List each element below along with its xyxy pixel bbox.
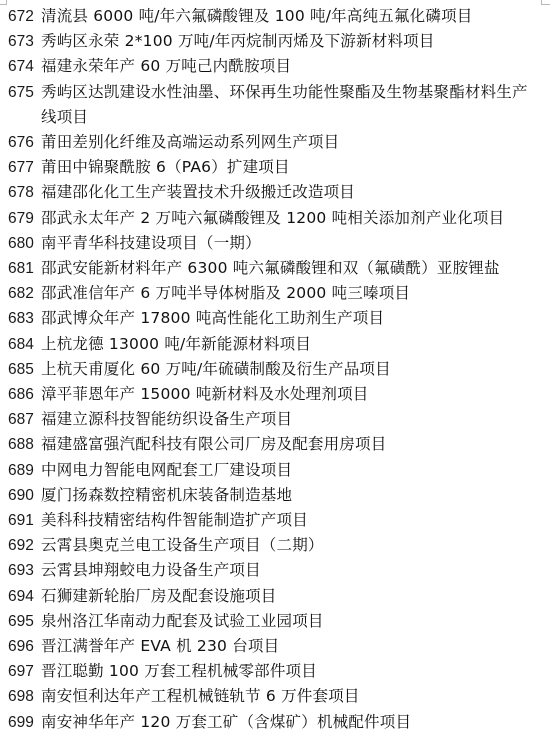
item-text: 云霄县坤翔蛟电力设备生产项目 — [41, 558, 541, 583]
list-item: 684上杭龙德 13000 吨/年新能源材料项目 — [8, 332, 548, 357]
list-item: 677莆田中锦聚酰胺 6（PA6）扩建项目 — [8, 155, 548, 180]
item-text: 邵武博众年产 17800 吨高性能化工助剂生产项目 — [41, 306, 541, 331]
list-item: 699南安神华年产 120 万套工矿（含煤矿）机械配件项目 — [8, 710, 548, 735]
list-item: 692云霄县奥克兰电工设备生产项目（二期） — [8, 533, 548, 558]
item-text: 云霄县奥克兰电工设备生产项目（二期） — [41, 533, 541, 558]
item-text: 福建邵化化工生产装置技术升级搬迁改造项目 — [41, 180, 541, 205]
item-number: 685 — [8, 357, 41, 382]
item-number: 696 — [8, 634, 41, 659]
project-list: 672清流县 6000 吨/年六氟磷酸锂及 100 吨/年高纯五氟化磷项目 67… — [8, 4, 548, 735]
list-item: 688福建盛富强汽配科技有限公司厂房及配套用房项目 — [8, 432, 548, 457]
item-text: 莆田差别化纤维及高端运动系列网生产项目 — [41, 130, 541, 155]
item-text: 邵武永太年产 2 万吨六氟磷酸锂及 1200 吨相关添加剂产业化项目 — [41, 206, 541, 231]
crop-mark-top-left — [0, 0, 7, 5]
item-number: 691 — [8, 508, 41, 533]
list-item: 686漳平菲恩年产 15000 吨新材料及水处理剂项目 — [8, 382, 548, 407]
list-item: 695泉州洛江华南动力配套及试验工业园项目 — [8, 609, 548, 634]
item-text: 南平青华科技建设项目（一期） — [41, 231, 541, 256]
item-number: 689 — [8, 458, 41, 483]
list-item: 689中网电力智能电网配套工厂建设项目 — [8, 458, 548, 483]
item-text: 上杭天甫厦化 60 万吨/年硫磺制酸及衍生产品项目 — [41, 357, 541, 382]
item-number: 683 — [8, 306, 41, 331]
item-text: 南安神华年产 120 万套工矿（含煤矿）机械配件项目 — [41, 710, 541, 735]
item-number: 673 — [8, 29, 41, 54]
list-item: 691美科科技精密结构件智能制造扩产项目 — [8, 508, 548, 533]
item-text: 秀屿区永荣 2*100 万吨/年丙烷制丙烯及下游新材料项目 — [41, 29, 541, 54]
item-number: 676 — [8, 130, 41, 155]
item-number: 675 — [8, 80, 41, 105]
list-item: 673秀屿区永荣 2*100 万吨/年丙烷制丙烯及下游新材料项目 — [8, 29, 548, 54]
list-item: 679邵武永太年产 2 万吨六氟磷酸锂及 1200 吨相关添加剂产业化项目 — [8, 206, 548, 231]
item-number: 699 — [8, 710, 41, 735]
list-item: 678福建邵化化工生产装置技术升级搬迁改造项目 — [8, 180, 548, 205]
item-number: 680 — [8, 231, 41, 256]
list-item: 672清流县 6000 吨/年六氟磷酸锂及 100 吨/年高纯五氟化磷项目 — [8, 4, 548, 29]
item-text: 清流县 6000 吨/年六氟磷酸锂及 100 吨/年高纯五氟化磷项目 — [41, 4, 541, 29]
item-text: 泉州洛江华南动力配套及试验工业园项目 — [41, 609, 541, 634]
list-item: 675秀屿区达凯建设水性油墨、环保再生功能性聚酯及生物基聚酯材料生产线项目 — [8, 80, 548, 130]
list-item: 681邵武安能新材料年产 6300 吨六氟磷酸锂和双（氟磺酰）亚胺锂盐 — [8, 256, 548, 281]
item-number: 679 — [8, 206, 41, 231]
list-item: 693云霄县坤翔蛟电力设备生产项目 — [8, 558, 548, 583]
item-number: 681 — [8, 256, 41, 281]
item-text: 莆田中锦聚酰胺 6（PA6）扩建项目 — [41, 155, 541, 180]
item-text: 晋江聪勤 100 万套工程机械零部件项目 — [41, 659, 541, 684]
list-item: 694石狮建新轮胎厂房及配套设施项目 — [8, 584, 548, 609]
list-item: 682邵武准信年产 6 万吨半导体树脂及 2000 吨三嗪项目 — [8, 281, 548, 306]
item-number: 694 — [8, 584, 41, 609]
item-text: 邵武准信年产 6 万吨半导体树脂及 2000 吨三嗪项目 — [41, 281, 541, 306]
item-number: 692 — [8, 533, 41, 558]
list-item: 680南平青华科技建设项目（一期） — [8, 231, 548, 256]
item-text: 福建盛富强汽配科技有限公司厂房及配套用房项目 — [41, 432, 541, 457]
item-number: 684 — [8, 332, 41, 357]
item-text: 南安恒利达年产工程机械链轨节 6 万件套项目 — [41, 684, 541, 709]
item-number: 690 — [8, 483, 41, 508]
list-item: 690厦门扬森数控精密机床装备制造基地 — [8, 483, 548, 508]
list-item: 698南安恒利达年产工程机械链轨节 6 万件套项目 — [8, 684, 548, 709]
item-number: 698 — [8, 684, 41, 709]
list-item: 683邵武博众年产 17800 吨高性能化工助剂生产项目 — [8, 306, 548, 331]
item-number: 688 — [8, 432, 41, 457]
item-text: 上杭龙德 13000 吨/年新能源材料项目 — [41, 332, 541, 357]
list-item: 674福建永荣年产 60 万吨己内酰胺项目 — [8, 54, 548, 79]
list-item: 685上杭天甫厦化 60 万吨/年硫磺制酸及衍生产品项目 — [8, 357, 548, 382]
item-text: 美科科技精密结构件智能制造扩产项目 — [41, 508, 541, 533]
item-text: 福建立源科技智能纺织设备生产项目 — [41, 407, 541, 432]
item-number: 678 — [8, 180, 41, 205]
item-number: 674 — [8, 54, 41, 79]
item-number: 697 — [8, 659, 41, 684]
item-number: 693 — [8, 558, 41, 583]
item-number: 686 — [8, 382, 41, 407]
list-item: 676莆田差别化纤维及高端运动系列网生产项目 — [8, 130, 548, 155]
list-item: 687福建立源科技智能纺织设备生产项目 — [8, 407, 548, 432]
item-text: 中网电力智能电网配套工厂建设项目 — [41, 458, 541, 483]
item-number: 672 — [8, 4, 41, 29]
item-text: 漳平菲恩年产 15000 吨新材料及水处理剂项目 — [41, 382, 541, 407]
item-number: 687 — [8, 407, 41, 432]
item-text: 石狮建新轮胎厂房及配套设施项目 — [41, 584, 541, 609]
item-text: 福建永荣年产 60 万吨己内酰胺项目 — [41, 54, 541, 79]
list-item: 696晋江满誉年产 EVA 机 230 台项目 — [8, 634, 548, 659]
item-number: 677 — [8, 155, 41, 180]
item-text: 邵武安能新材料年产 6300 吨六氟磷酸锂和双（氟磺酰）亚胺锂盐 — [41, 256, 541, 281]
item-number: 682 — [8, 281, 41, 306]
item-text: 厦门扬森数控精密机床装备制造基地 — [41, 483, 541, 508]
item-number: 695 — [8, 609, 41, 634]
item-text: 秀屿区达凯建设水性油墨、环保再生功能性聚酯及生物基聚酯材料生产线项目 — [41, 80, 541, 130]
item-text: 晋江满誉年产 EVA 机 230 台项目 — [41, 634, 541, 659]
list-item: 697晋江聪勤 100 万套工程机械零部件项目 — [8, 659, 548, 684]
